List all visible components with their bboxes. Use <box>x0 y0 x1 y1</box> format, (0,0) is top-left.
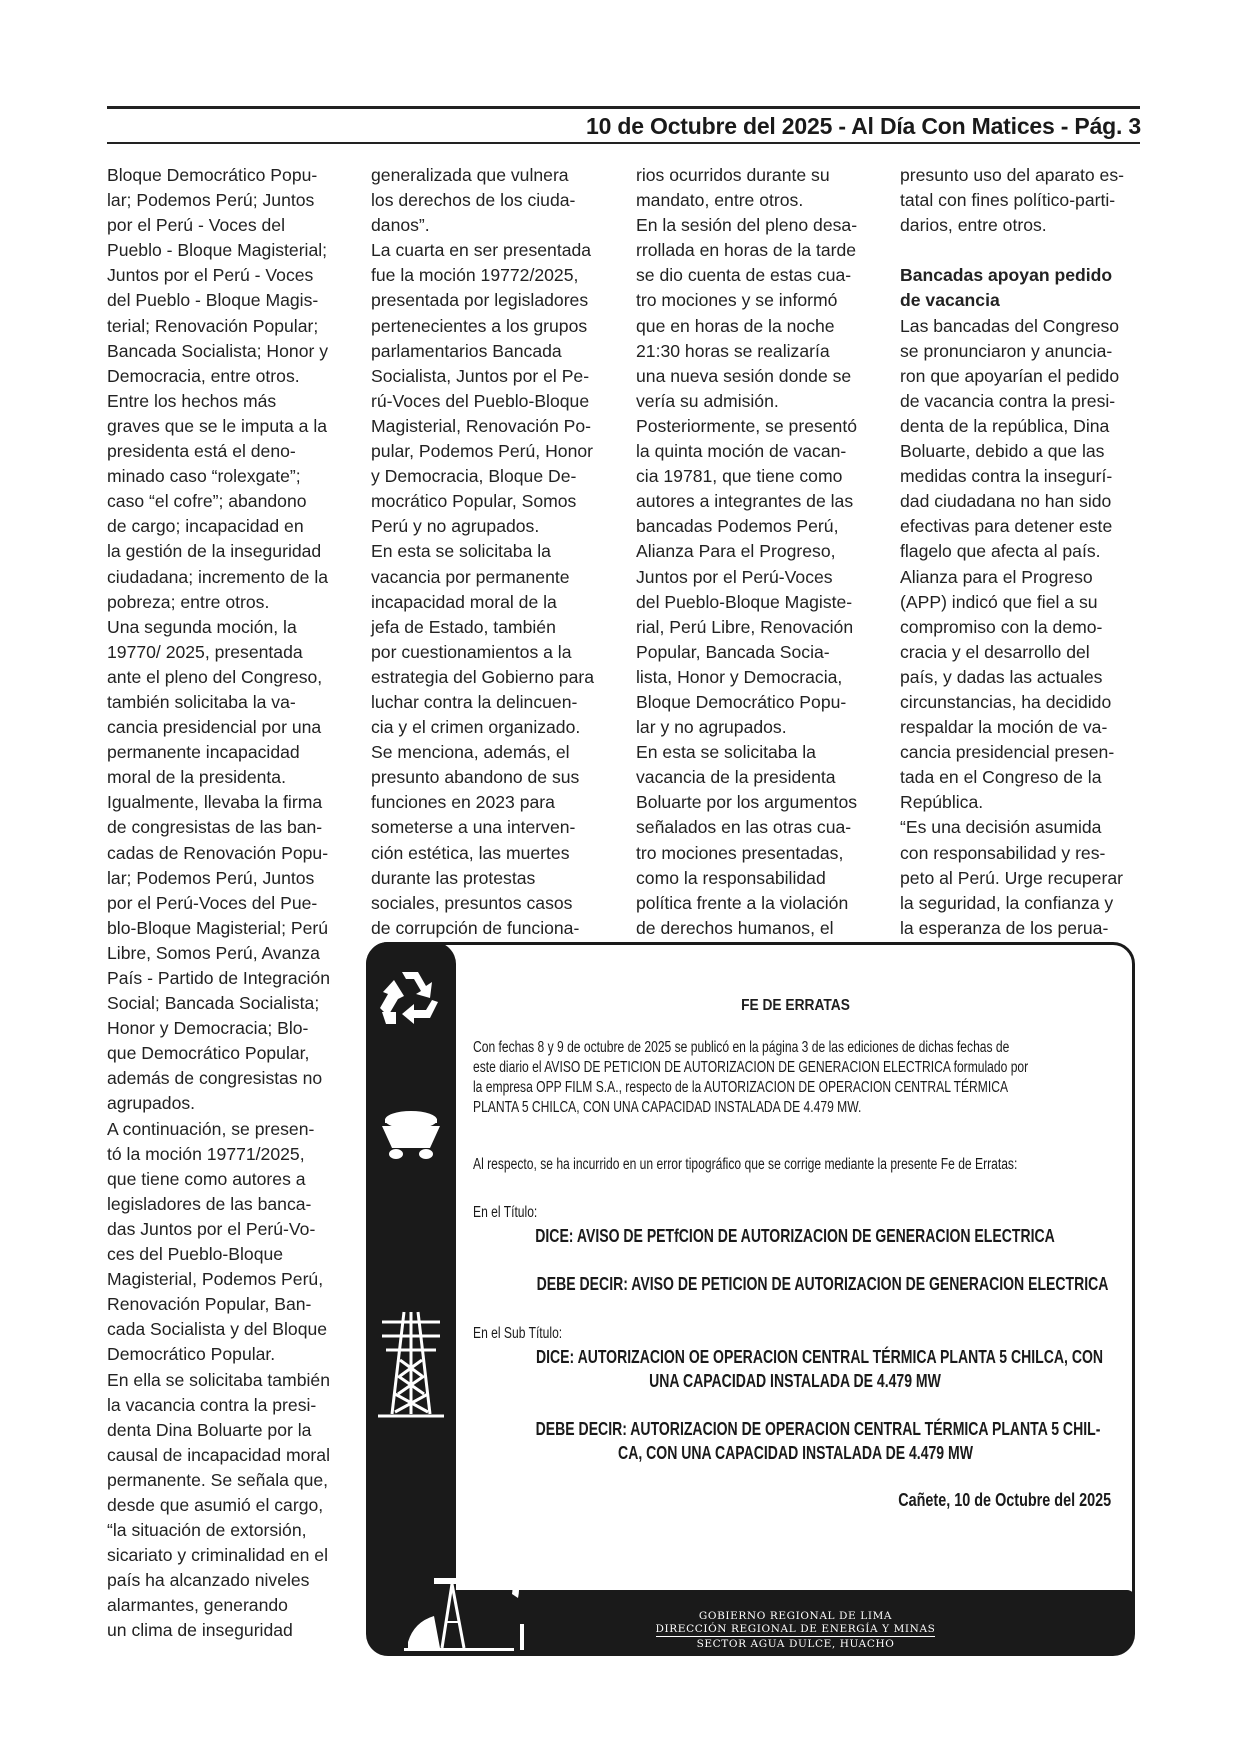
text-line: cadas de Renovación Popu- <box>107 841 347 866</box>
text-line: por el Perú-Voces del Pue- <box>107 891 347 916</box>
power-tower-icon <box>378 1310 444 1420</box>
subtitle-debe-decir-line: CA, CON UNA CAPACIDAD INSTALADA DE 4.479… <box>618 1441 973 1465</box>
text-line: Perú y no agrupados. <box>371 514 616 539</box>
text-line: Bancada Socialista; Honor y <box>107 339 347 364</box>
text-line: lista, Honor y Democracia, <box>636 665 881 690</box>
text-line: Honor y Democracia; Blo- <box>107 1016 347 1041</box>
text-line: la gestión de la inseguridad <box>107 539 347 564</box>
text-line: de congresistas de las ban- <box>107 815 347 840</box>
text-line: denta de la república, Dina <box>900 414 1145 439</box>
text-line: política frente a la violación <box>636 891 881 916</box>
text-line: como la responsabilidad <box>636 866 881 891</box>
section-label-subtitle: En el Sub Título: <box>473 1324 562 1344</box>
text-line: legisladores de las banca- <box>107 1192 347 1217</box>
subtitle-dice-line: DICE: AUTORIZACION OE OPERACION CENTRAL … <box>536 1345 1103 1369</box>
text-line: 21:30 horas se realizaría <box>636 339 881 364</box>
text-line: pular, Podemos Perú, Honor <box>371 439 616 464</box>
text-line: generalizada que vulnera <box>371 163 616 188</box>
text-line: Alianza Para el Progreso, <box>636 539 881 564</box>
text-line: medidas contra la insegurí- <box>900 464 1145 489</box>
subtitle-dice-line: UNA CAPACIDAD INSTALADA DE 4.479 MW <box>650 1369 942 1393</box>
text-line: respaldar la moción de va- <box>900 715 1145 740</box>
text-line: país, y dadas las actuales <box>900 665 1145 690</box>
text-line: En ella se solicitaba también <box>107 1368 347 1393</box>
text-line: ces del Pueblo-Bloque <box>107 1242 347 1267</box>
text-line: lar y no agrupados. <box>636 715 881 740</box>
text-line: la esperanza de los perua- <box>900 916 1145 941</box>
text-line: República. <box>900 790 1145 815</box>
footer-line-2: DIRECCIÓN REGIONAL DE ENERGÍA Y MINAS <box>456 1623 1135 1635</box>
text-line: una nueva sesión donde se <box>636 364 881 389</box>
text-line: agrupados. <box>107 1091 347 1116</box>
text-line: Juntos por el Perú-Voces <box>636 565 881 590</box>
text-line: cancia presidencial presen- <box>900 740 1145 765</box>
text-line: La cuarta en ser presentada <box>371 238 616 263</box>
footer-line-2-text: DIRECCIÓN REGIONAL DE ENERGÍA Y MINAS <box>656 1623 936 1637</box>
text-line: rios ocurridos durante su <box>636 163 881 188</box>
text-line: dad ciudadana no han sido <box>900 489 1145 514</box>
text-line: los derechos de los ciuda- <box>371 188 616 213</box>
text-line: autores a integrantes de las <box>636 489 881 514</box>
text-line: Igualmente, llevaba la firma <box>107 790 347 815</box>
text-line: cancia presidencial por una <box>107 715 347 740</box>
text-line: presunto abandono de sus <box>371 765 616 790</box>
text-line: tada en el Congreso de la <box>900 765 1145 790</box>
text-line: país ha alcanzado niveles <box>107 1568 347 1593</box>
text-line: compromiso con la demo- <box>900 615 1145 640</box>
text-line: Bloque Democrático Popu- <box>636 690 881 715</box>
title-dice: DICE: AVISO DE PETfCION DE AUTORIZACION … <box>456 1224 1135 1248</box>
text-line: que Democrático Popular, <box>107 1041 347 1066</box>
subheading-line: de vacancia <box>900 288 1145 313</box>
text-line: presidenta está el deno- <box>107 439 347 464</box>
text-line: cada Socialista y del Bloque <box>107 1317 347 1342</box>
subheading: Bancadas apoyan pedidode vacancia <box>900 263 1145 313</box>
text-line: y Democracia, Bloque De- <box>371 464 616 489</box>
page-header: 10 de Octubre del 2025 - Al Día Con Mati… <box>586 113 1141 140</box>
text-line: ron que apoyarían el pedido <box>900 364 1145 389</box>
text-line: con responsabilidad y res- <box>900 841 1145 866</box>
text-line: parlamentarios Bancada <box>371 339 616 364</box>
text-line: sicariato y criminalidad en el <box>107 1543 347 1568</box>
text-line: lar; Podemos Perú, Juntos <box>107 866 347 891</box>
text-line: danos”. <box>371 213 616 238</box>
subtitle-debe-decir: DEBE DECIR: AUTORIZACION DE OPERACION CE… <box>456 1417 1135 1465</box>
text-line: tatal con fines político-parti- <box>900 188 1145 213</box>
text-line: mocrático Popular, Somos <box>371 489 616 514</box>
text-line: rial, Perú Libre, Renovación <box>636 615 881 640</box>
text-line: vacancia de la presidenta <box>636 765 881 790</box>
text-line: circunstancias, ha decidido <box>900 690 1145 715</box>
text-line: permanente. Se señala que, <box>107 1468 347 1493</box>
text-line: por el Perú - Voces del <box>107 213 347 238</box>
text-line: además de congresistas no <box>107 1066 347 1091</box>
notice-signature: Cañete, 10 de Octubre del 2025 <box>898 1490 1111 1511</box>
text-line: Magisterial, Renovación Po- <box>371 414 616 439</box>
text-line: alarmantes, generando <box>107 1593 347 1618</box>
text-line: se dio cuenta de estas cua- <box>636 263 881 288</box>
text-line: pertenecientes a los grupos <box>371 314 616 339</box>
title-dice-text: DICE: AVISO DE PETfCION DE AUTORIZACION … <box>536 1224 1056 1248</box>
text-line: Se menciona, además, el <box>371 740 616 765</box>
subheading-line: Bancadas apoyan pedido <box>900 263 1145 288</box>
text-line: rrollada en horas de la tarde <box>636 238 881 263</box>
text-line: cia y el crimen organizado. <box>371 715 616 740</box>
footer-line-3: SECTOR AGUA DULCE, HUACHO <box>456 1638 1135 1650</box>
text-line: efectivas para detener este <box>900 514 1145 539</box>
text-line: Magisterial, Podemos Perú, <box>107 1267 347 1292</box>
text-line: que tiene como autores a <box>107 1167 347 1192</box>
text-line: graves que se le imputa a la <box>107 414 347 439</box>
text-line: permanente incapacidad <box>107 740 347 765</box>
text-line: moral de la presidenta. <box>107 765 347 790</box>
text-line: minado caso “rolexgate”; <box>107 464 347 489</box>
text-line: se pronunciaron y anuncia- <box>900 339 1145 364</box>
column-4-body: Las bancadas del Congresose pronunciaron… <box>900 314 1145 941</box>
text-line: incapacidad moral de la <box>371 590 616 615</box>
text-line: Las bancadas del Congreso <box>900 314 1145 339</box>
text-line: de derechos humanos, el <box>636 916 881 941</box>
text-line: ciudadana; incremento de la <box>107 565 347 590</box>
text-line: luchar contra la delincuen- <box>371 690 616 715</box>
text-line: A continuación, se presen- <box>107 1117 347 1142</box>
notice-body-line: Con fechas 8 y 9 de octubre de 2025 se p… <box>473 1038 1028 1058</box>
text-line: ción estética, las muertes <box>371 841 616 866</box>
text-line: En la sesión del pleno desa- <box>636 213 881 238</box>
text-line: Renovación Popular, Ban- <box>107 1292 347 1317</box>
mine-cart-icon <box>378 1110 444 1162</box>
text-line: un clima de inseguridad <box>107 1618 347 1643</box>
notice-body-line: PLANTA 5 CHILCA, CON UNA CAPACIDAD INSTA… <box>473 1098 1028 1118</box>
text-line: “la situación de extorsión, <box>107 1518 347 1543</box>
article-column-4: presunto uso del aparato es-tatal con fi… <box>900 163 1145 941</box>
text-line: flagelo que afecta al país. <box>900 539 1145 564</box>
text-line: (APP) indicó que fiel a su <box>900 590 1145 615</box>
text-line: caso “el cofre”; abandono <box>107 489 347 514</box>
text-line: 19770/ 2025, presentada <box>107 640 347 665</box>
header-rule-top <box>107 106 1140 109</box>
header-rule-bottom <box>107 142 1140 144</box>
article-column-2: generalizada que vulneralos derechos de … <box>371 163 616 941</box>
text-line: bancadas Podemos Perú, <box>636 514 881 539</box>
text-line: Pueblo - Bloque Magisterial; <box>107 238 347 263</box>
text-line: Boluarte, debido a que las <box>900 439 1145 464</box>
text-line: vería su admisión. <box>636 389 881 414</box>
text-line: de vacancia contra la presi- <box>900 389 1145 414</box>
text-line: peto al Perú. Urge recuperar <box>900 866 1145 891</box>
text-line: cia 19781, que tiene como <box>636 464 881 489</box>
text-line: denta Dina Boluarte por la <box>107 1418 347 1443</box>
text-line: Entre los hechos más <box>107 389 347 414</box>
spacer <box>900 238 1145 263</box>
column-4-intro: presunto uso del aparato es-tatal con fi… <box>900 163 1145 238</box>
article-column-1: Bloque Democrático Popu-lar; Podemos Per… <box>107 163 347 1644</box>
text-line: cracia y el desarrollo del <box>900 640 1145 665</box>
text-line: Boluarte por los argumentos <box>636 790 881 815</box>
text-line: tro mociones presentadas, <box>636 841 881 866</box>
text-line: Posteriormente, se presentó <box>636 414 881 439</box>
text-line: vacancia por permanente <box>371 565 616 590</box>
text-line: Social; Bancada Socialista; <box>107 991 347 1016</box>
text-line: presunto uso del aparato es- <box>900 163 1145 188</box>
text-line: Bloque Democrático Popu- <box>107 163 347 188</box>
text-line: lar; Podemos Perú; Juntos <box>107 188 347 213</box>
notice-sidebar <box>366 942 456 1623</box>
footer-line-1: GOBIERNO REGIONAL DE LIMA <box>456 1610 1135 1622</box>
text-line: tó la moción 19771/2025, <box>107 1142 347 1167</box>
article-column-3: rios ocurridos durante sumandato, entre … <box>636 163 881 941</box>
text-line: Popular, Bancada Socia- <box>636 640 881 665</box>
text-line: la vacancia contra la presi- <box>107 1393 347 1418</box>
text-line: también solicitaba la va- <box>107 690 347 715</box>
text-line: señalados en las otras cua- <box>636 815 881 840</box>
text-line: Alianza para el Progreso <box>900 565 1145 590</box>
text-line: por cuestionamientos a la <box>371 640 616 665</box>
text-line: tro mociones y se informó <box>636 288 881 313</box>
notice-body-line: la empresa OPP FILM S.A., respecto de la… <box>473 1078 1028 1098</box>
title-debe-decir-text: DEBE DECIR: AVISO DE PETICION DE AUTORIZ… <box>537 1272 1109 1296</box>
text-line: En esta se solicitaba la <box>371 539 616 564</box>
text-line: fue la moción 19772/2025, <box>371 263 616 288</box>
subtitle-debe-decir-line: DEBE DECIR: AUTORIZACION DE OPERACION CE… <box>536 1417 1101 1441</box>
text-line: presentada por legisladores <box>371 288 616 313</box>
notice-body-line: este diario el AVISO DE PETICION DE AUTO… <box>473 1058 1028 1078</box>
text-line: blo-Bloque Magisterial; Perú <box>107 916 347 941</box>
text-line: de corrupción de funciona- <box>371 916 616 941</box>
text-line: la seguridad, la confianza y <box>900 891 1145 916</box>
text-line: causal de incapacidad moral <box>107 1443 347 1468</box>
text-line: pobreza; entre otros. <box>107 590 347 615</box>
text-line: durante las protestas <box>371 866 616 891</box>
text-line: terial; Renovación Popular; <box>107 314 347 339</box>
subtitle-dice: DICE: AUTORIZACION OE OPERACION CENTRAL … <box>456 1345 1135 1393</box>
title-debe-decir: DEBE DECIR: AVISO DE PETICION DE AUTORIZ… <box>456 1272 1135 1296</box>
text-line: darios, entre otros. <box>900 213 1145 238</box>
text-line: Libre, Somos Perú, Avanza <box>107 941 347 966</box>
text-line: de cargo; incapacidad en <box>107 514 347 539</box>
text-line: En esta se solicitaba la <box>636 740 881 765</box>
text-line: jefa de Estado, también <box>371 615 616 640</box>
text-line: del Pueblo-Bloque Magiste- <box>636 590 881 615</box>
text-line: Socialista, Juntos por el Pe- <box>371 364 616 389</box>
section-label-title: En el Título: <box>473 1203 537 1223</box>
text-line: rú-Voces del Pueblo-Bloque <box>371 389 616 414</box>
text-line: del Pueblo - Bloque Magis- <box>107 288 347 313</box>
text-line: someterse a una interven- <box>371 815 616 840</box>
notice-note: Al respecto, se ha incurrido en un error… <box>473 1155 1017 1175</box>
text-line: ante el pleno del Congreso, <box>107 665 347 690</box>
text-line: estrategia del Gobierno para <box>371 665 616 690</box>
text-line: “Es una decisión asumida <box>900 815 1145 840</box>
text-line: mandato, entre otros. <box>636 188 881 213</box>
notice-body: Con fechas 8 y 9 de octubre de 2025 se p… <box>473 1038 1028 1118</box>
recycle-icon <box>374 968 446 1028</box>
text-line: Juntos por el Perú - Voces <box>107 263 347 288</box>
text-line: la quinta moción de vacan- <box>636 439 881 464</box>
text-line: Democracia, entre otros. <box>107 364 347 389</box>
text-line: Democrático Popular. <box>107 1342 347 1367</box>
text-line: desde que asumió el cargo, <box>107 1493 347 1518</box>
text-line: sociales, presuntos casos <box>371 891 616 916</box>
text-line: Una segunda moción, la <box>107 615 347 640</box>
text-line: funciones en 2023 para <box>371 790 616 815</box>
text-line: que en horas de la noche <box>636 314 881 339</box>
notice-title: FE DE ERRATAS <box>504 997 1088 1015</box>
text-line: País - Partido de Integración <box>107 966 347 991</box>
text-line: das Juntos por el Perú-Vo- <box>107 1217 347 1242</box>
